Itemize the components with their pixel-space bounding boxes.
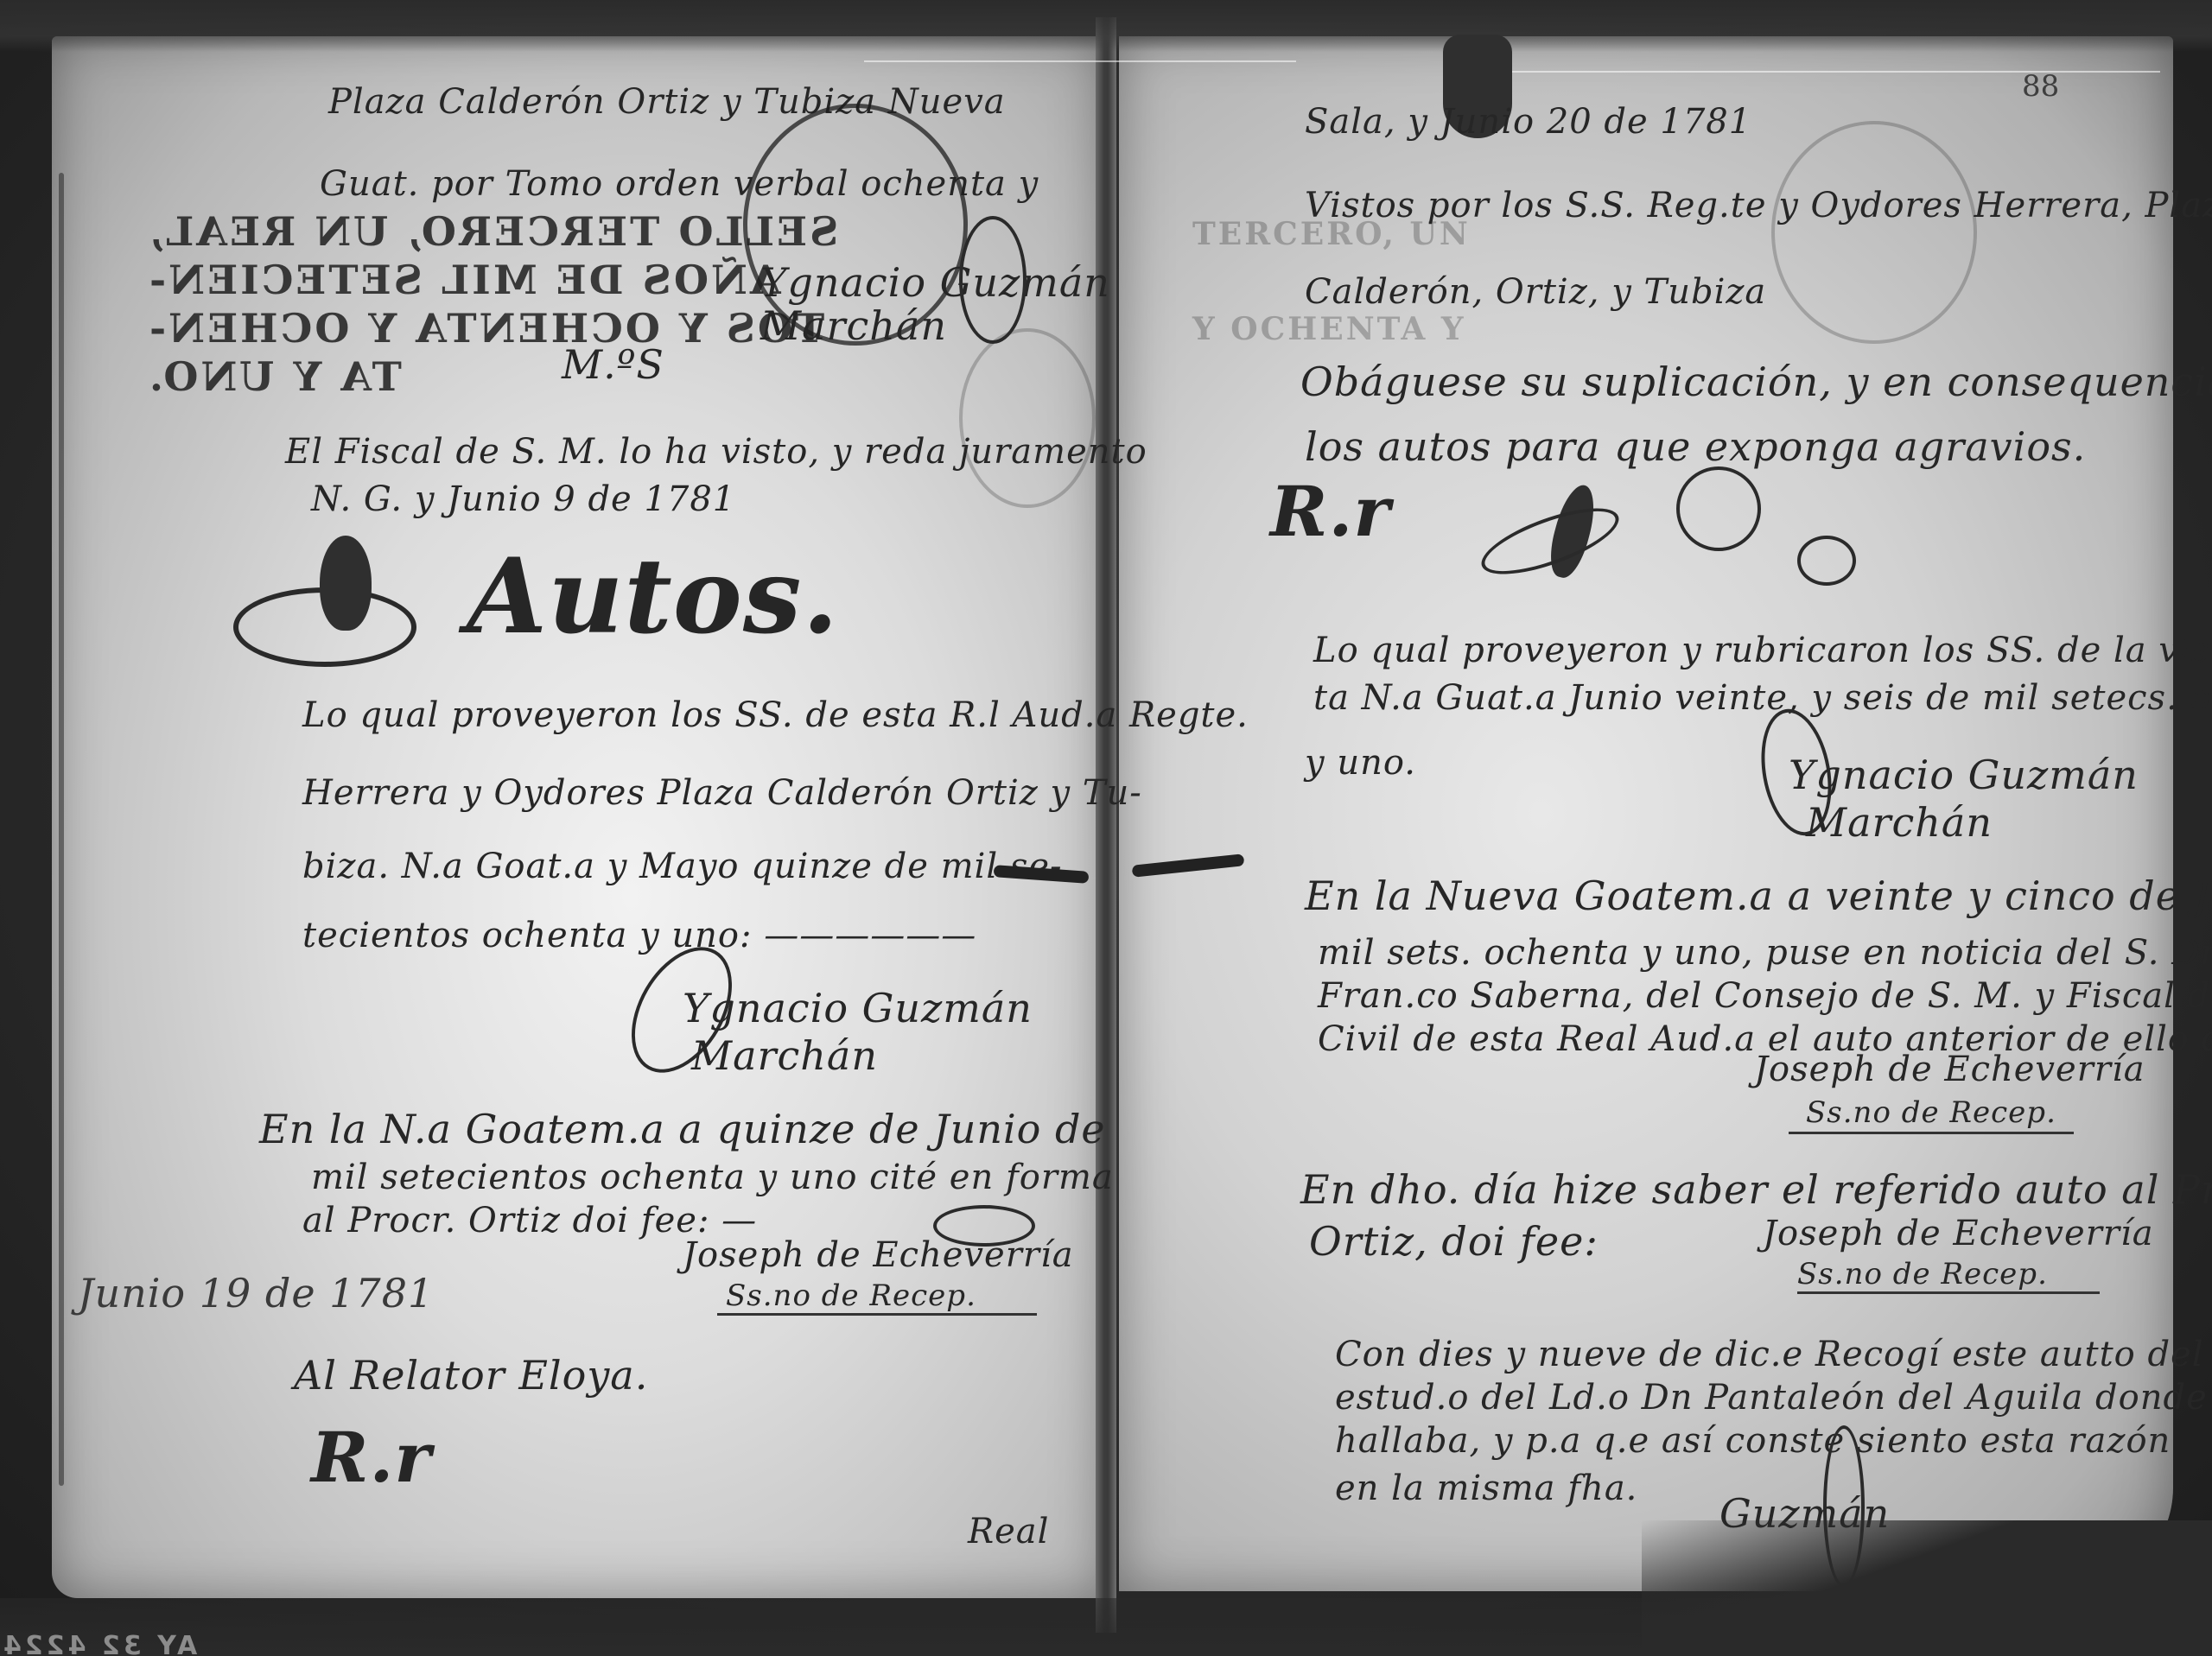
margin-date: Junio 19 de 1781 xyxy=(78,1270,434,1317)
right-signature-2-name: Joseph de Echeverría xyxy=(1754,1050,2145,1089)
reference-mark: M.ºS xyxy=(562,341,664,388)
fiscal-line-2: N. G. y Junio 9 de 1781 xyxy=(311,479,735,519)
auto-line-1: Lo qual proveyeron los SS. de esta R.l A… xyxy=(302,695,1249,735)
top-shadow xyxy=(0,0,2212,52)
left-notice-line-1: En la N.a Goatem.a a quinze de Junio de xyxy=(259,1106,1106,1152)
final-line-1: Con dies y nueve de dic.e Recogí este au… xyxy=(1335,1335,2204,1374)
footer-word: Real xyxy=(968,1512,1049,1551)
decree-line-1: Obáguese su suplicación, y en consequenc… xyxy=(1300,358,2212,405)
right-notice-line-2: mil sets. ochenta y uno, puse en noticia… xyxy=(1318,933,2212,973)
margin-note: Al Relator Eloya. xyxy=(294,1352,648,1399)
signature-underline xyxy=(717,1313,1037,1316)
signature-flourish-icon xyxy=(933,1205,1035,1247)
final-line-3: hallaba, y p.a q.e así conste siento est… xyxy=(1335,1421,2171,1461)
right-signature-1-name: Ygnacio Guzmán xyxy=(1789,752,2139,798)
left-signature-mid-surname: Marchán xyxy=(691,1032,878,1079)
final-line-4: en la misma fha. xyxy=(1335,1469,1637,1508)
proveyeron-line-1: Lo qual proveyeron y rubricaron los SS. … xyxy=(1313,631,2212,670)
ghost-seal-icon xyxy=(959,328,1096,508)
left-notice-line-2: mil setecientos ochenta y uno cité en fo… xyxy=(311,1158,1114,1197)
signature-underline xyxy=(1789,1132,2074,1134)
ghost-stamp-bleedthrough: TERCERO, UN xyxy=(1192,216,1471,252)
right-notice-line-3: Fran.co Saberna, del Consejo de S. M. y … xyxy=(1318,976,2212,1016)
ghost-stamp-bleedthrough: Y OCHENTA Y xyxy=(1192,311,1466,347)
proveyeron-line-3: y uno. xyxy=(1305,743,1416,783)
right-header-line-3: Calderón, Ortiz, y Tubiza xyxy=(1305,272,1766,312)
right-signature-1-surname: Marchán xyxy=(1806,799,1993,846)
rubric-mark: R.r xyxy=(311,1417,431,1498)
page-corner-shadow xyxy=(1642,1520,2212,1656)
right-signature-3-title: Ss.no de Recep. xyxy=(1797,1257,2048,1291)
second-notice-line-2: Ortiz, doi fee: xyxy=(1309,1218,1599,1265)
auto-line-2: Herrera y Oydores Plaza Calderón Ortiz y… xyxy=(302,773,1142,813)
scan-artifact-line xyxy=(864,60,1296,62)
right-signature-3-name: Joseph de Echeverría xyxy=(1763,1214,2154,1253)
auto-line-4: tecientos ochenta y uno: —————— xyxy=(302,916,976,955)
left-signature-top-surname: Marchán xyxy=(760,302,947,349)
auto-line-3: biza. N.a Goat.a y Mayo quinze de mil se… xyxy=(302,847,1063,886)
fiscal-line-1: El Fiscal de S. M. lo ha visto, y reda j… xyxy=(285,432,1147,472)
left-signature-top-name: Ygnacio Guzmán xyxy=(760,259,1110,306)
left-page-edge xyxy=(59,173,64,1486)
left-signature-mid-name: Ygnacio Guzmán xyxy=(683,985,1033,1031)
signature-underline xyxy=(1797,1291,2100,1294)
decree-line-2: los autos para que exponga agravios. xyxy=(1305,423,2086,470)
proveyeron-line-2: ta N.a Guat.a Junio veinte, y seis de mi… xyxy=(1313,678,2212,718)
folio-number: 88 xyxy=(2022,69,2059,104)
second-notice-line-1: En dho. día hize saber el referido auto … xyxy=(1300,1166,2212,1213)
right-signature-2-title: Ss.no de Recep. xyxy=(1806,1095,2056,1130)
ink-blot xyxy=(320,536,372,631)
signature-flourish-icon xyxy=(959,216,1027,344)
rubric-flourish-icon xyxy=(1797,536,1856,586)
rubric-seal-icon xyxy=(1676,466,1761,551)
right-header-line-1: Sala, y Junio 20 de 1781 xyxy=(1305,102,1751,142)
rubric-mark: R.r xyxy=(1270,471,1390,552)
final-line-2: estud.o del Ld.o Dn Pantaleón del Aguila… xyxy=(1335,1378,2212,1418)
ghost-seal-icon xyxy=(1771,121,1977,344)
right-notice-line-1: En la Nueva Goatem.a a veinte y cinco de… xyxy=(1305,872,2212,919)
autos-heading: Autos. xyxy=(467,536,839,657)
film-reel-code: AY 32 4224 xyxy=(0,1631,197,1656)
left-signature-bottom-title: Ss.no de Recep. xyxy=(726,1278,976,1313)
